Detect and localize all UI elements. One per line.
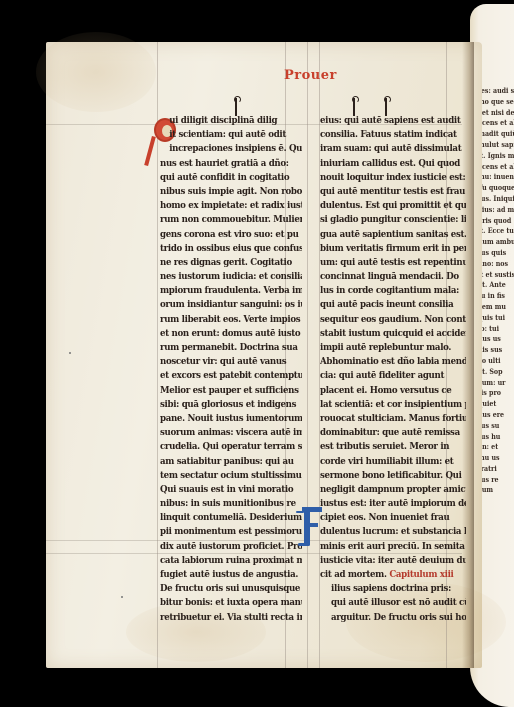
text-line: pane. Nouit iustus iumentorum xyxy=(160,412,291,426)
text-line: iram suam: qui autē dissimulat xyxy=(320,142,454,156)
text-line: noscetur vir: qui autē vanus xyxy=(160,355,291,369)
next-leaf-line: cum: ur xyxy=(478,378,514,389)
text-line: Abhominatio est dño labia menda xyxy=(320,355,454,369)
blue-initial-f xyxy=(296,505,322,549)
next-leaf-line: tu in fis xyxy=(478,291,514,302)
next-leaf-line: cum xyxy=(478,485,514,496)
next-leaf-line: dno: nos xyxy=(478,259,514,270)
text-line: negligit dampnum propter amicum xyxy=(320,483,454,497)
text-line: sermone bono letificabitur. Qui xyxy=(320,469,454,483)
next-leaf-line: quis tui xyxy=(478,313,514,324)
text-line: impii autē replebuntur malo. xyxy=(320,341,454,355)
ruling-line xyxy=(307,42,308,668)
next-leaf-line: io: tui xyxy=(478,324,514,335)
text-line: lus in corde cogitantium mala: xyxy=(320,284,454,298)
text-line: dulentus. Est qui promittit et qua xyxy=(320,199,454,213)
text-line: iusticie vita: iter autē deuium du xyxy=(320,554,454,568)
next-leaf-line: ecens et ab tu xyxy=(478,162,514,173)
next-leaf-line: mu: inueniet et xyxy=(478,172,514,183)
text-line: qui autē illusor est nō audit cū xyxy=(320,596,454,610)
text-line: suorum animas: viscera autē impiorū xyxy=(160,426,291,440)
next-leaf-line: dum ambu xyxy=(478,237,514,248)
stain xyxy=(36,32,156,112)
text-line: fugiet autē iustus de angustia. xyxy=(160,568,291,582)
chapter-heading: Capitulum xiii xyxy=(389,569,453,580)
text-line: lat scientiā: et cor insipientium p xyxy=(320,398,454,412)
next-leaf-line: dus us xyxy=(478,334,514,345)
text-line: placent ei. Homo versutus ce xyxy=(320,384,454,398)
next-leaf-line: dus ere xyxy=(478,410,514,421)
left-text-column: ui diligit disciplinā diligit scientiam:… xyxy=(160,114,302,625)
text-line: nes iustorum iudicia: et consilia i xyxy=(160,270,291,284)
text-line: Melior est pauper et sufficiens xyxy=(160,384,291,398)
text-line: et excors est patebit contemptui. xyxy=(160,369,291,383)
text-line: retribuetur ei. Via stulti recta in ocul… xyxy=(160,611,291,625)
text-line: orum insidiantur sanguini: os iusto xyxy=(160,298,291,312)
right-text-column: eius: qui autē sapiens est auditconsilia… xyxy=(320,114,466,625)
next-leaf-line: tus re xyxy=(478,475,514,486)
text-line: nibus: in suis munitionibus re xyxy=(160,497,291,511)
text-line: qui autē confidit in cogitatio xyxy=(160,171,291,185)
text-line: bium veritatis firmum erit in perpetu xyxy=(320,242,454,256)
text-line: Qui suauis est in vini moratio xyxy=(160,483,291,497)
text-line: dix autē iustorum proficiet. Propter pec xyxy=(160,540,291,554)
text-line: De fructu oris sui unusquisque reple xyxy=(160,582,291,596)
text-line: tem sectatur ocium stultissimus est. xyxy=(160,469,291,483)
text-line: qui autē mentitur testis est frau xyxy=(320,185,454,199)
text-line: um: qui autē testis est repentinus xyxy=(320,256,454,270)
text-line: minis erit auri preciū. In semita xyxy=(320,540,454,554)
text-line: bitur bonis: et iuxta opera manuum suaru… xyxy=(160,596,291,610)
text-line: sibi: quā gloriosus et indigens xyxy=(160,398,291,412)
next-leaf-line: co ulti xyxy=(478,356,514,367)
text-line: sequitur eos gaudium. Non contri xyxy=(320,313,454,327)
next-leaf-line: dis sus xyxy=(478,345,514,356)
next-leaf-line: mu us xyxy=(478,453,514,464)
text-line: it scientiam: qui autē odit xyxy=(160,128,291,142)
next-leaf-line: cet nisi dei: qui xyxy=(478,108,514,119)
text-line: si gladio pungitur conscientie: lin xyxy=(320,213,454,227)
pinprick xyxy=(121,596,123,598)
next-leaf-line: oris quod xyxy=(478,216,514,227)
text-line: iniuriam callidus est. Qui quod xyxy=(320,157,454,171)
next-leaf-line: tus quis xyxy=(478,248,514,259)
next-leaf-line: it. Ecce tu xyxy=(478,226,514,237)
text-line: nibus suis impie agit. Non roborabit xyxy=(160,185,291,199)
next-leaf-line: tus su xyxy=(478,421,514,432)
text-line: increpaciones insipiens ē. Qui bo xyxy=(160,142,291,156)
next-leaf-line: quiet xyxy=(478,399,514,410)
next-leaf-line: mo que sedet ur xyxy=(478,97,514,108)
text-line: nouit loquitur index iusticie est: xyxy=(320,171,454,185)
text-line: cia: qui autē fideliter agunt xyxy=(320,369,454,383)
next-leaf-line: tes: audi sup xyxy=(478,86,514,97)
text-line: iustus est: iter autē impiorum de xyxy=(320,497,454,511)
text-line: crudelia. Qui operatur terram su xyxy=(160,440,291,454)
text-line: concinnat linguā mendacii. Do xyxy=(320,270,454,284)
next-leaf-line: fratri xyxy=(478,464,514,475)
next-leaf-text: tes: audi supmo que sedet urcet nisi dei… xyxy=(478,86,514,496)
next-leaf-line: ecens et ab inuer xyxy=(478,118,514,129)
text-line: qui autē pacis ineunt consilia xyxy=(320,298,454,312)
next-leaf-line: inadit quiū ur xyxy=(478,129,514,140)
next-leaf-line: it. Ignis malus xyxy=(478,151,514,162)
text-line: ne res dignas gerit. Cogitatio xyxy=(160,256,291,270)
next-leaf-line: at. Sop xyxy=(478,367,514,378)
next-leaf-line: cius: ad mor xyxy=(478,205,514,216)
next-leaf-line: cem mu xyxy=(478,302,514,313)
text-line: dulentus lucrum: et substancia ho xyxy=(320,525,454,539)
next-leaf-line: mulut sapie xyxy=(478,140,514,151)
text-line: gens corona est viro suo: et pu xyxy=(160,228,291,242)
text-line: rum non commouebitur. Mulier dili xyxy=(160,213,291,227)
text-line: corde viri humiliabit illum: et xyxy=(320,455,454,469)
text-line: linquit contumeliā. Desiderium im xyxy=(160,511,291,525)
text-line: nus est hauriet gratiā a dño: xyxy=(160,157,291,171)
text-line: dominabitur: que autē remissa xyxy=(320,426,454,440)
text-line: et non erunt: domus autē iusto xyxy=(160,327,291,341)
text-line: rum liberabit eos. Verte impios xyxy=(160,313,291,327)
text-line: est tributis seruiet. Meror in xyxy=(320,440,454,454)
text-line: stabit iustum quicquid ei acciderit: xyxy=(320,327,454,341)
text-line: gua autē sapientium sanitas est. La xyxy=(320,228,454,242)
next-leaf-line: Tu quoque xyxy=(478,183,514,194)
text-line: rum permanebit. Doctrina sua xyxy=(160,341,291,355)
text-line: consilia. Fatuus statim indicat xyxy=(320,128,454,142)
next-leaf-line: tus hu xyxy=(478,432,514,443)
text-line: pii monimentum est pessimorum: ra xyxy=(160,525,291,539)
pinprick xyxy=(69,352,71,354)
next-leaf-line: tis pro xyxy=(478,388,514,399)
text-line: arguitur. De fructu oris sui homo sa xyxy=(320,611,454,625)
text-line: mpiorum fraudulenta. Verba impi xyxy=(160,284,291,298)
text-line: rouocat stulticiam. Manus fortium xyxy=(320,412,454,426)
text-line: ui diligit disciplinā dilig xyxy=(160,114,291,128)
text-line: am satiabitur panibus: qui au xyxy=(160,455,291,469)
running-head: Prouer xyxy=(284,68,337,83)
text-line: ilius sapiens doctrina pris: xyxy=(320,582,454,596)
text-line: eius: qui autē sapiens est audit xyxy=(320,114,454,128)
text-line: trido in ossibus eius que confusio xyxy=(160,242,291,256)
next-leaf-line: at. Ante xyxy=(478,280,514,291)
next-leaf-line: it et sustis xyxy=(478,270,514,281)
text-line: homo ex impietate: et radix iusto xyxy=(160,199,291,213)
text-line: cata labiorum ruina proximat malo: ef xyxy=(160,554,291,568)
next-leaf-line: an: et xyxy=(478,442,514,453)
text-line: cipiet eos. Non inueniet frau xyxy=(320,511,454,525)
next-leaf-line: tus. Iniqui xyxy=(478,194,514,205)
text-line: cit ad mortem. Capitulum xiii xyxy=(320,568,454,582)
